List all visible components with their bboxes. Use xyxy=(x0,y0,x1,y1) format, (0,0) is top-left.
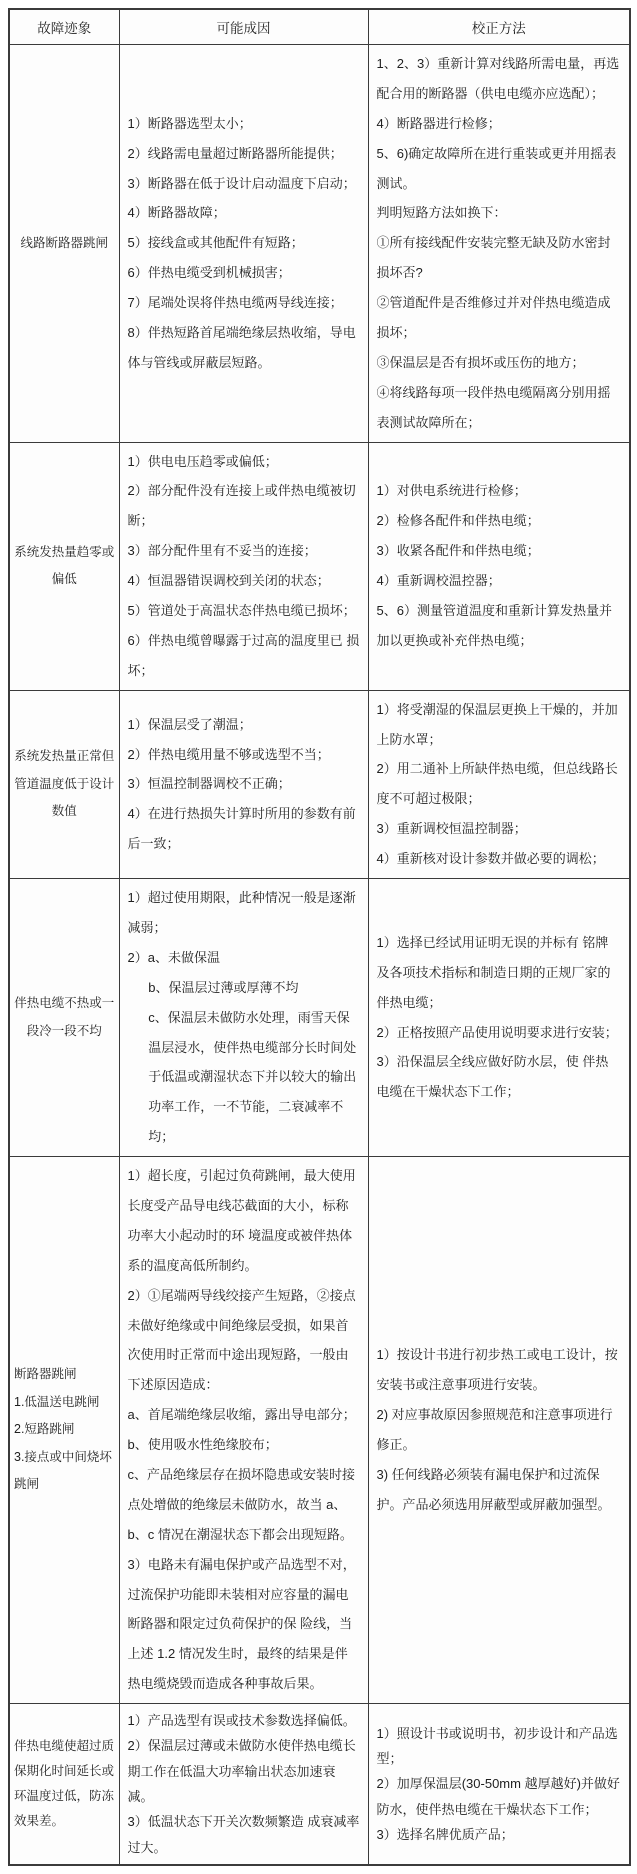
cell-paragraph: 2）①尾端两导线绞接产生短路，②接点未做好绝缘或中间绝缘层受损，如果首次使用时正… xyxy=(128,1281,360,1401)
cell-paragraph: b、保温层过薄或厚薄不均 xyxy=(128,973,360,1003)
cell-paragraph: 1）对供电系统进行检修； xyxy=(377,476,622,506)
symptom-line: 伴热电缆使超过质保期化时间延长或环温度过低，防冻效果差。 xyxy=(14,1734,115,1834)
cell-paragraph: 2）检修各配件和伴热电缆； xyxy=(377,506,622,536)
cell-paragraph: 1）按设计书进行初步热工或电工设计，按安装书或注意事项进行安装。 xyxy=(377,1340,622,1400)
cell-paragraph: 2）伴热电缆用量不够或选型不当； xyxy=(128,740,360,770)
cell-paragraph: ①所有接线配件安装完整无缺及防水密封损坏否? xyxy=(377,228,622,288)
causes-cell: 1）保温层受了潮温；2）伴热电缆用量不够或选型不当；3）恒温控制器调校不正确；4… xyxy=(119,690,368,878)
cell-paragraph: 2) 对应事故原因参照规范和注意事项进行修正。 xyxy=(377,1400,622,1460)
causes-cell: 1）超长度，引起过负荷跳闸，最大使用长度受产品导电线芯截面的大小，标称功率大小起… xyxy=(119,1157,368,1704)
symptom-cell: 断路器跳闸1.低温送电跳闸2.短路跳闸3.接点或中间烧坏跳闸 xyxy=(9,1157,119,1704)
causes-cell: 1）供电电压趋零或偏低；2）部分配件没有连接上或伴热电缆被切断；3）部分配件里有… xyxy=(119,442,368,690)
causes-cell: 1）产品选型有误或技术参数选择偏低。2）保温层过薄或未做防水使伴热电缆长期工作在… xyxy=(119,1704,368,1866)
table-row: 系统发热量趋零或偏低1）供电电压趋零或偏低；2）部分配件没有连接上或伴热电缆被切… xyxy=(9,442,630,690)
correction-cell: 1）将受潮湿的保温层更换上干燥的，并加上防水罩；2）用二通补上所缺伴热电缆，但总… xyxy=(368,690,630,878)
correction-cell: 1）照设计书或说明书，初步设计和产品选型；2）加厚保温层(30-50mm 越厚越… xyxy=(368,1704,630,1866)
table-row: 线路断路器跳闸1）断路器选型太小；2）线路需电量超过断路器所能提供；3）断路器在… xyxy=(9,45,630,443)
correction-cell: 1、2、3）重新计算对线路所需电量，再选配合用的断路器（供电电缆亦应选配）；4）… xyxy=(368,45,630,443)
cell-paragraph: 4）断路器故障； xyxy=(128,198,360,228)
symptom-line: 伴热电缆不热或一段冷一段不均 xyxy=(14,990,115,1045)
cell-paragraph: ②管道配件是否维修过并对伴热电缆造成损坏； xyxy=(377,288,622,348)
cell-paragraph: 2）用二通补上所缺伴热电缆，但总线路长度不可超过极限； xyxy=(377,754,622,814)
cell-paragraph: 3）沿保温层全线应做好防水层，使 伴热电缆在干燥状态下工作； xyxy=(377,1047,622,1107)
cell-paragraph: 4）在进行热损失计算时所用的参数有前后一致； xyxy=(128,799,360,859)
cell-paragraph: ④将线路每项一段伴热电缆隔离分别用摇表测试故障所在； xyxy=(377,378,622,438)
cell-paragraph: 1）产品选型有误或技术参数选择偏低。 xyxy=(128,1708,360,1733)
cell-paragraph: 2）部分配件没有连接上或伴热电缆被切断； xyxy=(128,476,360,536)
cell-paragraph: 判明短路方法如换下： xyxy=(377,198,622,228)
header-cause: 可能成因 xyxy=(119,9,368,45)
cell-paragraph: 2）正格按照产品使用说明要求进行安装； xyxy=(377,1018,622,1048)
symptom-cell: 伴热电缆使超过质保期化时间延长或环温度过低，防冻效果差。 xyxy=(9,1704,119,1866)
symptom-line: 系统发热量正常但管道温度低于设计数值 xyxy=(14,743,115,826)
symptom-cell: 系统发热量趋零或偏低 xyxy=(9,442,119,690)
document-page: 故障迹象 可能成因 校正方法 线路断路器跳闸1）断路器选型太小；2）线路需电量超… xyxy=(0,0,637,1874)
cell-paragraph: 1）选择已经试用证明无误的并标有 铭牌及各项技术指标和制造日期的正规厂家的伴热电… xyxy=(377,928,622,1018)
causes-cell: 1）断路器选型太小；2）线路需电量超过断路器所能提供；3）断路器在低于设计启动温… xyxy=(119,45,368,443)
cell-paragraph: c、产品绝缘层存在损坏隐患或安装时接点处增做的绝缘层未做防水，故当 a、b、c … xyxy=(128,1460,360,1550)
cell-paragraph: 6）伴热电缆受到机械损害； xyxy=(128,258,360,288)
troubleshooting-table: 故障迹象 可能成因 校正方法 线路断路器跳闸1）断路器选型太小；2）线路需电量超… xyxy=(8,8,631,1866)
cell-paragraph: 1）断路器选型太小； xyxy=(128,109,360,139)
cell-paragraph: b、使用吸水性绝缘胶布； xyxy=(128,1430,360,1460)
table-row: 系统发热量正常但管道温度低于设计数值1）保温层受了潮温；2）伴热电缆用量不够或选… xyxy=(9,690,630,878)
correction-cell: 1）选择已经试用证明无误的并标有 铭牌及各项技术指标和制造日期的正规厂家的伴热电… xyxy=(368,879,630,1157)
cell-paragraph: 4）断路器进行检修； xyxy=(377,109,622,139)
cell-paragraph: 5、6）测量管道温度和重新计算发热量并加以更换或补充伴热电缆； xyxy=(377,596,622,656)
cell-paragraph: 8）伴热短路首尾端绝缘层热收缩，导电体与管线或屏蔽层短路。 xyxy=(128,318,360,378)
cell-paragraph: 1）将受潮湿的保温层更换上干燥的，并加上防水罩； xyxy=(377,695,622,755)
cell-paragraph: 3）恒温控制器调校不正确； xyxy=(128,769,360,799)
cell-paragraph: 3）收紧各配件和伴热电缆； xyxy=(377,536,622,566)
correction-cell: 1）对供电系统进行检修；2）检修各配件和伴热电缆；3）收紧各配件和伴热电缆；4）… xyxy=(368,442,630,690)
cell-paragraph: 4）恒温器错误调校到关闭的状态； xyxy=(128,566,360,596)
table-row: 伴热电缆使超过质保期化时间延长或环温度过低，防冻效果差。1）产品选型有误或技术参… xyxy=(9,1704,630,1866)
cell-paragraph: 1）照设计书或说明书，初步设计和产品选型； xyxy=(377,1721,622,1772)
table-row: 断路器跳闸1.低温送电跳闸2.短路跳闸3.接点或中间烧坏跳闸1）超长度，引起过负… xyxy=(9,1157,630,1704)
symptom-line: 3.接点或中间烧坏跳闸 xyxy=(14,1444,115,1499)
correction-cell: 1）按设计书进行初步热工或电工设计，按安装书或注意事项进行安装。2) 对应事故原… xyxy=(368,1157,630,1704)
cell-paragraph: 5、6)确定故障所在进行重装或更并用摇表测试。 xyxy=(377,139,622,199)
cell-paragraph: 1、2、3）重新计算对线路所需电量，再选配合用的断路器（供电电缆亦应选配）； xyxy=(377,49,622,109)
cell-paragraph: 2）线路需电量超过断路器所能提供； xyxy=(128,139,360,169)
cell-paragraph: 3）部分配件里有不妥当的连接； xyxy=(128,536,360,566)
cell-paragraph: 4）重新调校温控器； xyxy=(377,566,622,596)
cell-paragraph: 1）保温层受了潮温； xyxy=(128,710,360,740)
causes-cell: 1）超过使用期限，此种情况一般是逐渐减弱；2）a、未做保温b、保温层过薄或厚薄不… xyxy=(119,879,368,1157)
cell-paragraph: 3）重新调校恒温控制器； xyxy=(377,814,622,844)
symptom-line: 线路断路器跳闸 xyxy=(14,230,115,258)
symptom-cell: 系统发热量正常但管道温度低于设计数值 xyxy=(9,690,119,878)
cell-paragraph: 3）电路未有漏电保护或产品选型不对，过流保护功能即未装相对应容量的漏电断路器和限… xyxy=(128,1550,360,1699)
cell-paragraph: 3）选择名牌优质产品； xyxy=(377,1822,622,1847)
header-symptom: 故障迹象 xyxy=(9,9,119,45)
cell-paragraph: 2）加厚保温层(30-50mm 越厚越好)并做好防水，使伴热电缆在干燥状态下工作… xyxy=(377,1771,622,1822)
cell-paragraph: c、保温层未做防水处理，雨雪天保温层浸水，使伴热电缆部分长时间处于低温或潮湿状态… xyxy=(128,1003,360,1152)
cell-paragraph: ③保温层是否有损坏或压伤的地方； xyxy=(377,348,622,378)
table-body: 线路断路器跳闸1）断路器选型太小；2）线路需电量超过断路器所能提供；3）断路器在… xyxy=(9,45,630,1866)
symptom-cell: 线路断路器跳闸 xyxy=(9,45,119,443)
cell-paragraph: 7）尾端处误将伴热电缆两导线连接； xyxy=(128,288,360,318)
cell-paragraph: a、首尾端绝缘层收缩，露出导电部分； xyxy=(128,1400,360,1430)
cell-paragraph: 2）保温层过薄或未做防水使伴热电缆长期工作在低温大功率输出状态加速衰减。 xyxy=(128,1733,360,1809)
cell-paragraph: 1）供电电压趋零或偏低； xyxy=(128,447,360,477)
cell-paragraph: 1）超过使用期限，此种情况一般是逐渐减弱； xyxy=(128,883,360,943)
symptom-line: 1.低温送电跳闸 xyxy=(14,1389,115,1417)
symptom-line: 2.短路跳闸 xyxy=(14,1416,115,1444)
cell-paragraph: 3）低温状态下开关次数频繁造 成衰减率过大。 xyxy=(128,1809,360,1860)
cell-paragraph: 5）接线盒或其他配件有短路； xyxy=(128,228,360,258)
symptom-cell: 伴热电缆不热或一段冷一段不均 xyxy=(9,879,119,1157)
header-row: 故障迹象 可能成因 校正方法 xyxy=(9,9,630,45)
cell-paragraph: 3) 任何线路必须装有漏电保护和过流保护。产品必须选用屏蔽型或屏蔽加强型。 xyxy=(377,1460,622,1520)
table-row: 伴热电缆不热或一段冷一段不均1）超过使用期限，此种情况一般是逐渐减弱；2）a、未… xyxy=(9,879,630,1157)
symptom-line: 断路器跳闸 xyxy=(14,1361,115,1389)
header-correction: 校正方法 xyxy=(368,9,630,45)
cell-paragraph: 2）a、未做保温 xyxy=(128,943,360,973)
cell-paragraph: 1）超长度，引起过负荷跳闸，最大使用长度受产品导电线芯截面的大小，标称功率大小起… xyxy=(128,1161,360,1281)
cell-paragraph: 5）管道处于高温状态伴热电缆已损坏；6）伴热电缆曾曝露于过高的温度里已 损坏； xyxy=(128,596,360,686)
symptom-line: 系统发热量趋零或偏低 xyxy=(14,539,115,594)
cell-paragraph: 3）断路器在低于设计启动温度下启动； xyxy=(128,169,360,199)
cell-paragraph: 4）重新核对设计参数并做必要的调松； xyxy=(377,844,622,874)
